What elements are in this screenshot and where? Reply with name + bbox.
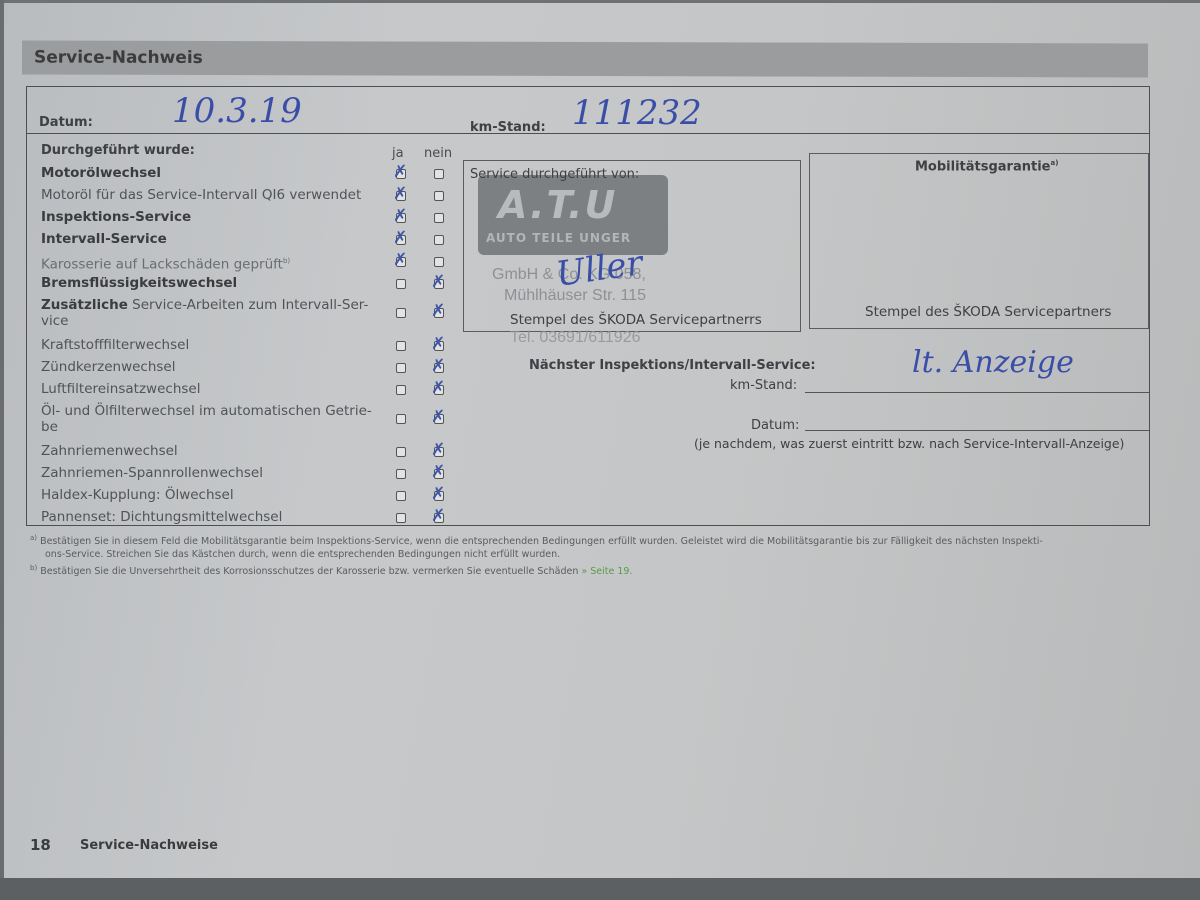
checklist-item-label: Zahnriemen-Spannrollenwechsel — [41, 465, 263, 481]
checkbox-nein[interactable] — [434, 257, 444, 267]
performed-heading: Durchgeführt wurde: — [41, 143, 195, 158]
cross-mark-icon: ✗ — [431, 359, 445, 373]
checklist-item-label: Luftfiltereinsatzwechsel — [41, 381, 200, 397]
stamp-subtitle: AUTO TEILE UNGER — [486, 231, 631, 245]
cross-mark-icon: ✗ — [431, 337, 445, 351]
next-service-heading: Nächster Inspektions/Intervall-Service: — [529, 358, 816, 373]
col-no: nein — [424, 146, 452, 161]
checklist-item-label: Inspektions-Service — [41, 209, 191, 225]
footer-section-title: Service-Nachweise — [80, 838, 218, 853]
footnote-text: Bestätigen Sie die Unversehrtheit des Ko… — [40, 566, 578, 577]
next-km-label: km-Stand: — [730, 378, 797, 393]
checklist-item-label: Pannenset: Dichtungsmittelwechsel — [41, 509, 282, 525]
footnote-ref: a) — [1050, 159, 1058, 167]
next-service-note: (je nachdem, was zuerst eintritt bzw. na… — [694, 436, 1124, 451]
checkbox-ja[interactable] — [396, 341, 406, 351]
checkbox-ja[interactable] — [396, 279, 406, 289]
mobility-title: Mobilitätsgarantiea) — [915, 159, 1058, 174]
stamp-line: Tel. 03691/611926 — [510, 329, 640, 347]
mileage-value[interactable]: 111232 — [572, 93, 702, 133]
cross-mark-icon: ✗ — [393, 253, 407, 267]
cross-mark-icon: ✗ — [431, 487, 445, 501]
cross-mark-icon: ✗ — [431, 275, 445, 289]
checklist-item-label: Karosserie auf Lackschäden geprüftb) — [41, 253, 290, 273]
next-date-label: Datum: — [751, 418, 799, 433]
checklist-item-label: Motoröl für das Service-Intervall QI6 ve… — [41, 187, 361, 203]
cross-mark-icon: ✗ — [393, 187, 407, 201]
cross-mark-icon: ✗ — [393, 231, 407, 245]
checklist-item-label: Bremsflüssigkeitswechsel — [41, 275, 237, 291]
cross-mark-icon: ✗ — [431, 509, 445, 523]
cross-mark-icon: ✗ — [393, 165, 407, 179]
next-km-line — [805, 392, 1149, 393]
page-edge — [0, 878, 1200, 900]
page-edge — [0, 0, 1200, 3]
checkbox-ja[interactable] — [396, 363, 406, 373]
checklist-item-label: Kraftstofffilterwechsel — [41, 337, 189, 353]
date-value[interactable]: 10.3.19 — [172, 91, 302, 131]
footnote-mark: a) — [30, 534, 37, 542]
page-title: Service-Nachweis — [34, 48, 203, 68]
service-provider-box: A.T.U AUTO TEILE UNGER Service durchgefü… — [463, 160, 801, 332]
footnote-a-cont: ons-Service. Streichen Sie das Kästchen … — [45, 549, 560, 560]
checkbox-nein[interactable] — [434, 191, 444, 201]
page-link[interactable]: » Seite 19. — [581, 566, 632, 577]
checkbox-ja[interactable] — [396, 385, 406, 395]
checkbox-ja[interactable] — [396, 491, 406, 501]
footnote-text: Bestätigen Sie in diesem Feld die Mobili… — [40, 536, 1043, 547]
checklist-item-label: Zahnriemenwechsel — [41, 443, 178, 459]
checkbox-nein[interactable] — [434, 213, 444, 223]
checklist-item-label: Öl- und Ölfilterwechsel im automatischen… — [41, 403, 372, 435]
mileage-label: km-Stand: — [470, 120, 546, 135]
checkbox-nein[interactable] — [434, 169, 444, 179]
checklist-item-label: Haldex-Kupplung: Ölwechsel — [41, 487, 234, 503]
checklist-item-label: Intervall-Service — [41, 231, 167, 247]
checklist-item-label: Zusätzliche Service-Arbeiten zum Interva… — [41, 297, 368, 329]
next-km-value[interactable]: lt. Anzeige — [912, 345, 1074, 380]
col-yes: ja — [392, 146, 404, 161]
mobility-title-text: Mobilitätsgarantie — [915, 159, 1050, 174]
cross-mark-icon: ✗ — [393, 209, 407, 223]
footnote-mark: b) — [30, 564, 37, 572]
page-number: 18 — [30, 836, 51, 854]
checkbox-nein[interactable] — [434, 235, 444, 245]
checkbox-ja[interactable] — [396, 447, 406, 457]
date-label: Datum: — [39, 115, 93, 130]
mobility-guarantee-box: Mobilitätsgarantiea) Stempel des ŠKODA S… — [809, 153, 1149, 329]
footnote-a: a) Bestätigen Sie in diesem Feld die Mob… — [30, 534, 1043, 547]
checklist-item-label: Motorölwechsel — [41, 165, 161, 181]
footnote-b: b) Bestätigen Sie die Unversehrtheit des… — [30, 564, 632, 577]
stamp-logo: A.T.U — [498, 183, 617, 227]
footnote-ref: b) — [283, 257, 290, 265]
cross-mark-icon: ✗ — [431, 304, 445, 318]
service-box-caption: Stempel des ŠKODA Servicepartnerrs — [510, 312, 762, 328]
checkbox-ja[interactable] — [396, 469, 406, 479]
checkbox-ja[interactable] — [396, 414, 406, 424]
service-by-label: Service durchgeführt von: — [470, 167, 639, 182]
service-record-form: Datum: 10.3.19 km-Stand: 111232 Durchgef… — [26, 86, 1150, 526]
date-mileage-row: Datum: 10.3.19 km-Stand: 111232 — [27, 87, 1149, 134]
checklist-item-label: Zündkerzenwechsel — [41, 359, 176, 375]
mobility-caption: Stempel des ŠKODA Servicepartners — [865, 304, 1111, 320]
page-edge — [0, 0, 4, 900]
checkbox-ja[interactable] — [396, 513, 406, 523]
checkbox-ja[interactable] — [396, 308, 406, 318]
cross-mark-icon: ✗ — [431, 381, 445, 395]
label-emphasis: Zusätzliche — [41, 297, 128, 313]
cross-mark-icon: ✗ — [431, 410, 445, 424]
cross-mark-icon: ✗ — [431, 443, 445, 457]
section-header: Service-Nachweis — [22, 41, 1148, 78]
cross-mark-icon: ✗ — [431, 465, 445, 479]
next-date-line[interactable] — [805, 430, 1149, 431]
